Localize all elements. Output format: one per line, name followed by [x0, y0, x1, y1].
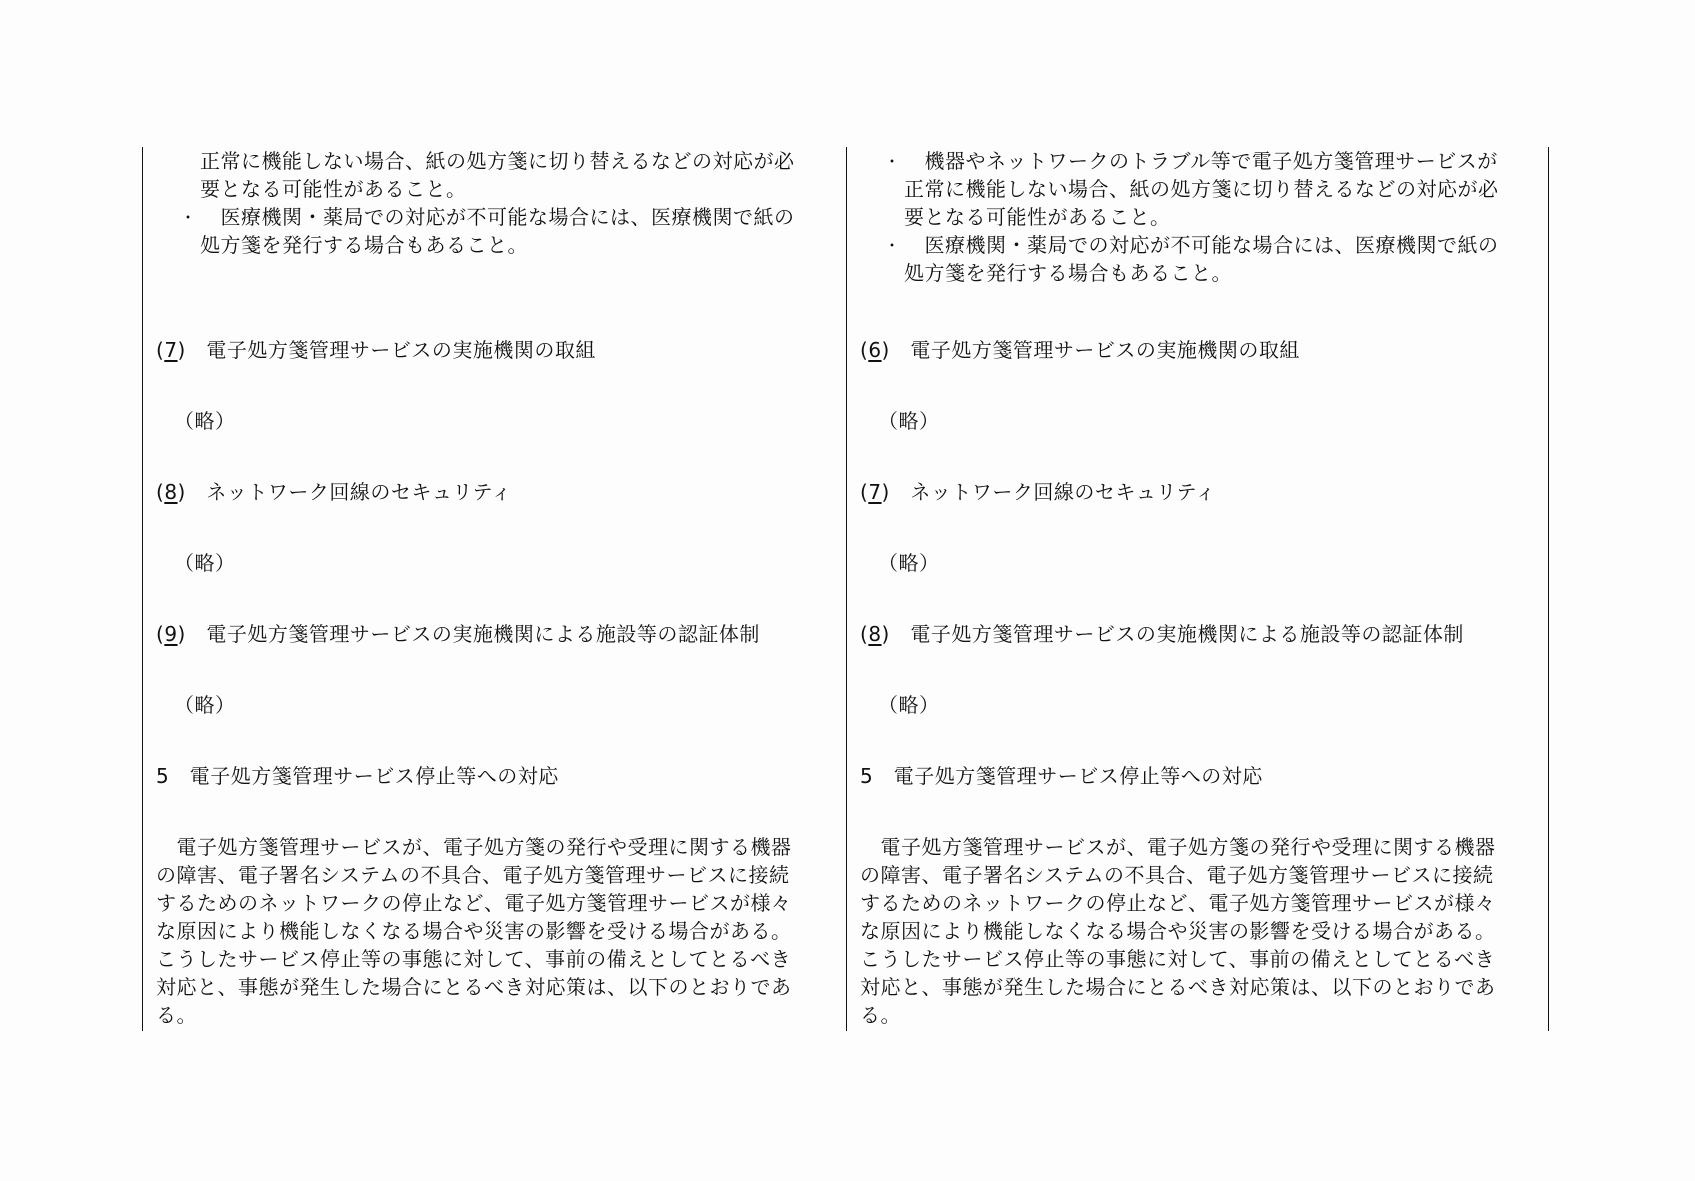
section-number: 7 [868, 480, 881, 504]
chapter-heading: 5 電子処方箋管理サービス停止等への対応 [156, 762, 559, 790]
paragraph-line: こうしたサービス停止等の事態に対して、事前の備えとしてとるべき [156, 945, 791, 973]
paragraph-line: の障害、電子署名システムの不具合、電子処方箋管理サービスに接続 [156, 861, 790, 889]
section-number: 9 [164, 622, 177, 646]
section-body: （略） [174, 549, 236, 577]
bullet-line: 医療機関・薬局での対応が不可能な場合には、医療機関で紙の [904, 231, 1499, 259]
bullet-line: 処方箋を発行する場合もあること。 [904, 259, 1232, 287]
bullet-line: 要となる可能性があること。 [200, 175, 467, 203]
paragraph-line: 電子処方箋管理サービスが、電子処方箋の発行や受理に関する機器 [156, 833, 792, 861]
column-divider-middle [846, 147, 847, 1031]
paragraph-line: 対応と、事態が発生した場合にとるべき対応策は、以下のとおりであ [156, 973, 792, 1001]
paragraph-line: る。 [156, 1001, 197, 1029]
section-heading: (6) 電子処方箋管理サービスの実施機関の取組 [860, 336, 1300, 364]
bullet-line: 正常に機能しない場合、紙の処方箋に切り替えるなどの対応が必 [200, 147, 795, 175]
section-heading: (8) ネットワーク回線のセキュリティ [156, 478, 512, 506]
bullet-marker: ・ [180, 205, 196, 228]
section-body: （略） [878, 407, 940, 435]
section-heading: (7) ネットワーク回線のセキュリティ [860, 478, 1216, 506]
section-number: 7 [164, 338, 177, 362]
paragraph-line: る。 [860, 1001, 901, 1029]
paragraph-line: こうしたサービス停止等の事態に対して、事前の備えとしてとるべき [860, 945, 1495, 973]
section-body: （略） [174, 691, 236, 719]
paragraph-line: の障害、電子署名システムの不具合、電子処方箋管理サービスに接続 [860, 861, 1494, 889]
section-number: 8 [164, 480, 177, 504]
paragraph-line: 電子処方箋管理サービスが、電子処方箋の発行や受理に関する機器 [860, 833, 1496, 861]
column-divider-right [1548, 147, 1549, 1031]
bullet-line: 要となる可能性があること。 [904, 203, 1171, 231]
section-body: （略） [878, 691, 940, 719]
section-body: （略） [174, 407, 236, 435]
chapter-heading: 5 電子処方箋管理サービス停止等への対応 [860, 762, 1263, 790]
section-number: 8 [868, 622, 881, 646]
paragraph-line: 対応と、事態が発生した場合にとるべき対応策は、以下のとおりであ [860, 973, 1496, 1001]
section-number: 6 [868, 338, 881, 362]
column-divider-left [142, 147, 143, 1031]
section-heading: (7) 電子処方箋管理サービスの実施機関の取組 [156, 336, 596, 364]
paragraph-line: するためのネットワークの停止など、電子処方箋管理サービスが様々 [860, 889, 1496, 917]
bullet-marker: ・ [884, 149, 900, 172]
paragraph-line: な原因により機能しなくなる場合や災害の影響を受ける場合がある。 [156, 917, 792, 945]
section-heading: (8) 電子処方箋管理サービスの実施機関による施設等の認証体制 [860, 620, 1464, 648]
bullet-line: 医療機関・薬局での対応が不可能な場合には、医療機関で紙の [200, 203, 795, 231]
paragraph-line: するためのネットワークの停止など、電子処方箋管理サービスが様々 [156, 889, 792, 917]
bullet-line: 機器やネットワークのトラブル等で電子処方箋管理サービスが [904, 147, 1498, 175]
section-heading: (9) 電子処方箋管理サービスの実施機関による施設等の認証体制 [156, 620, 760, 648]
bullet-line: 正常に機能しない場合、紙の処方箋に切り替えるなどの対応が必 [904, 175, 1499, 203]
bullet-line: 処方箋を発行する場合もあること。 [200, 231, 528, 259]
section-body: （略） [878, 549, 940, 577]
paragraph-line: な原因により機能しなくなる場合や災害の影響を受ける場合がある。 [860, 917, 1496, 945]
bullet-marker: ・ [884, 233, 900, 256]
